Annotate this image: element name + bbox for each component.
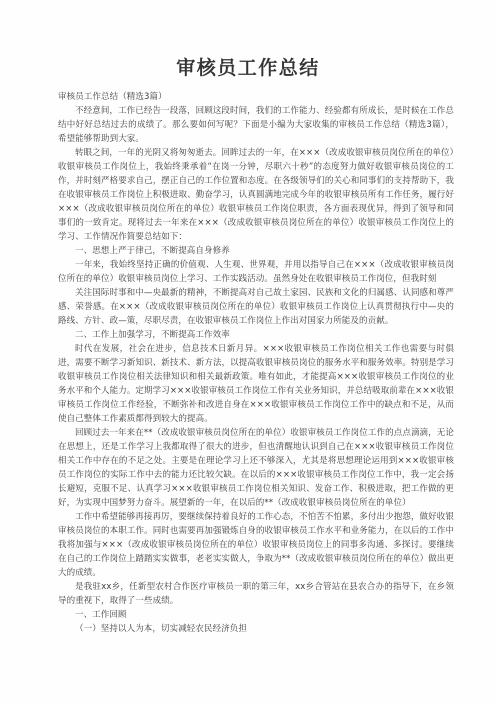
paragraph: 工作中希望能够再接再厉，要继续保持着良好的工作心态，不怕苦不怕累，多付出少抱怨，… [58,510,454,580]
paragraph: 是我驻xx乡，任新型农村合作医疗审核员一职的第三年，xx乡合管站在县农合办的指导… [58,580,454,608]
paragraph: 审核员工作总结（精选3篇） [58,90,454,104]
paragraph: 一、工作回顾 [58,608,454,622]
paragraph: 时代在发展，社会在进步，信息技术日新月异。×××收银审核员工作岗位相关工作也需要… [58,342,454,426]
paragraph: 转眼之间，一年的光阴又将匆匆逝去。回眸过去的一年，在×××（改成收银审核员岗位所… [58,146,454,244]
document-body: 审核员工作总结（精选3篇）不经意间，工作已经告一段落，回顾这段时间，我们的工作能… [58,90,454,636]
paragraph: 回顾过去一年来在**（改成收银审核员岗位所在的单位）收银审核员工作岗位工作的点点… [58,426,454,510]
document-page: 审核员工作总结 审核员工作总结（精选3篇）不经意间，工作已经告一段落，回顾这段时… [0,0,496,702]
paragraph: 一年来，我始终坚持正确的价值观、人生观、世界观，并用以指导自己在×××（改成收银… [58,258,454,286]
page-title: 审核员工作总结 [58,55,438,81]
paragraph: 关注国际时事和中—央最新的精神，不断提高对自己故土家园、民族和文化的归属感、认同… [58,286,454,328]
paragraph: （一）坚持以人为本，切实减轻农民经济负担 [58,622,454,636]
paragraph: 不经意间，工作已经告一段落，回顾这段时间，我们的工作能力、经验都有所成长，是时候… [58,104,454,146]
paragraph: 二、工作上加强学习，不断提高工作效率 [58,328,454,342]
paragraph: 一、思想上严于律己，不断提高自身修养 [58,244,454,258]
